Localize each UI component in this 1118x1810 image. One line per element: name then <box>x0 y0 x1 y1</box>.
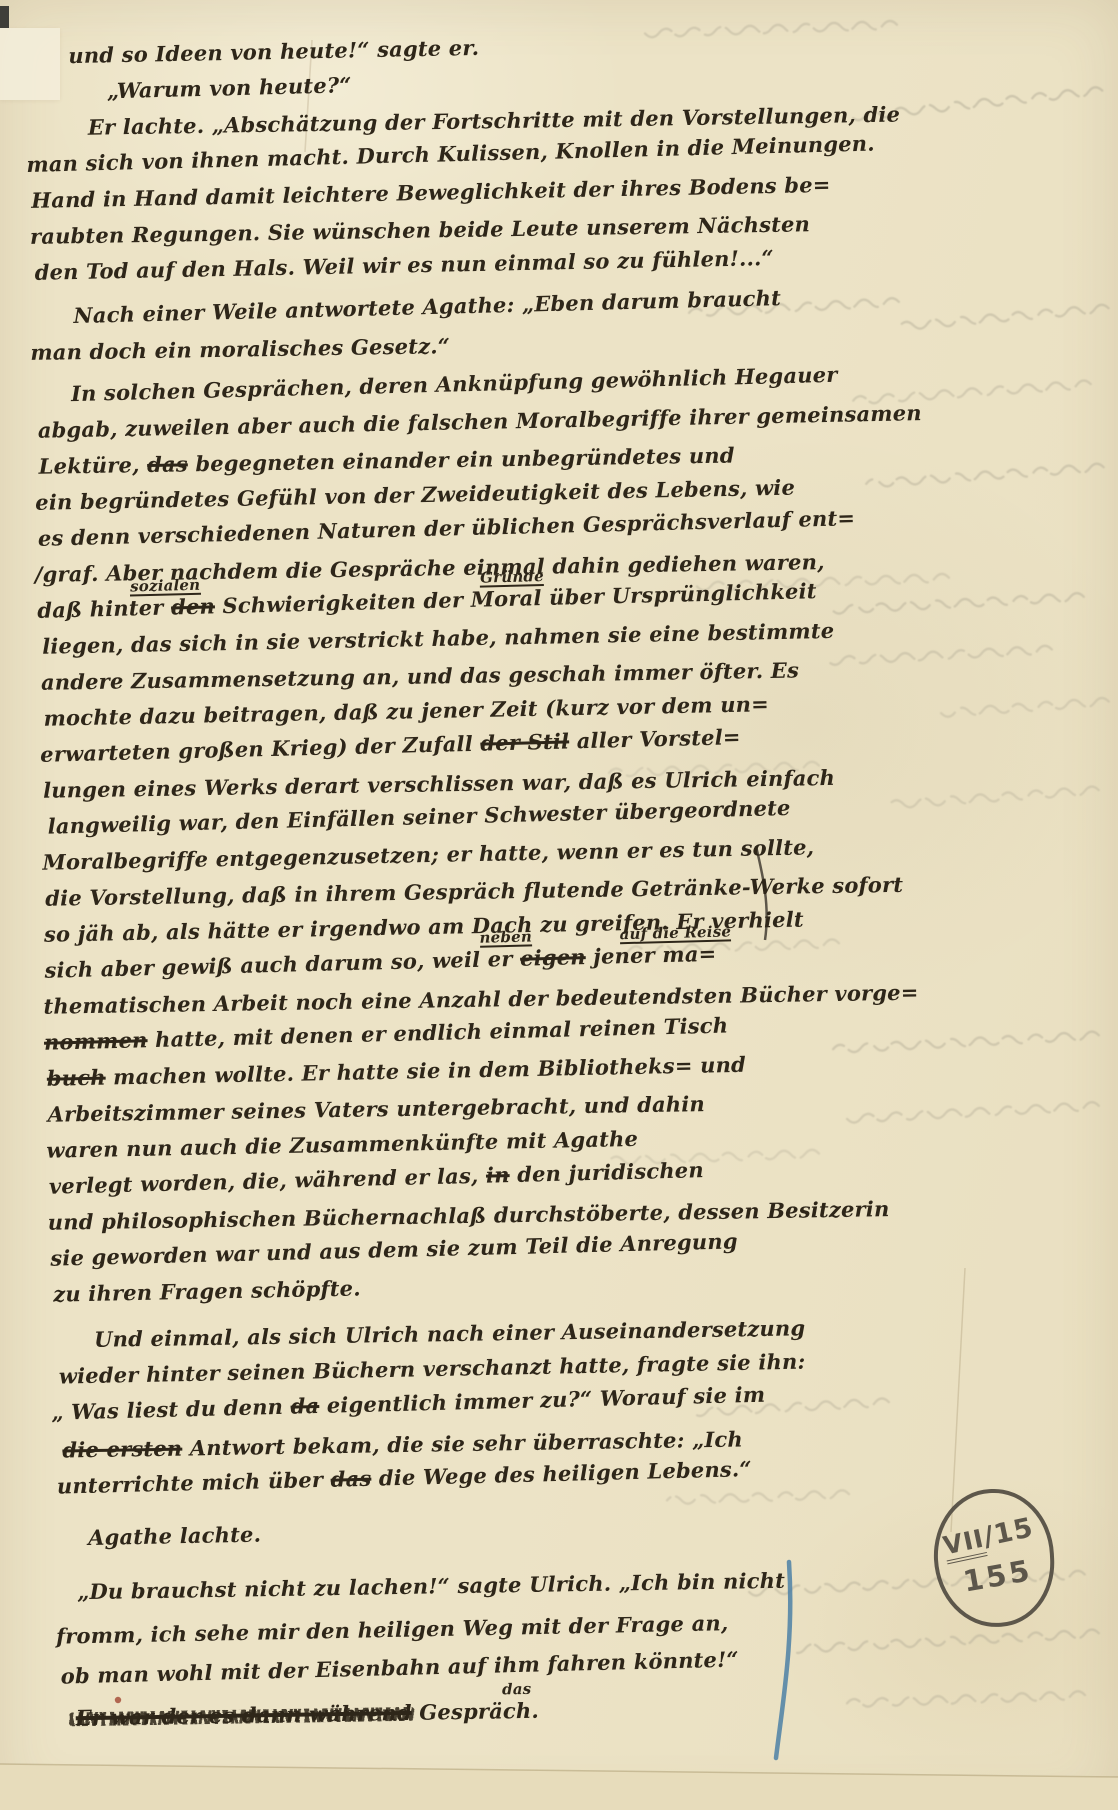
handwriting-text: „Du brauchst nicht zu lachen!“ sagte Ulr… <box>77 1568 785 1604</box>
struck-out-word: da <box>290 1393 319 1419</box>
handwriting-text: unterrichte mich über <box>57 1467 331 1499</box>
handwriting-text: „Warum von heute?“ <box>107 72 352 103</box>
struck-out-word: das <box>147 451 188 477</box>
interlinear-insertion: auf die Reise <box>619 924 731 944</box>
stamp-roman-numeral: VII <box>941 1524 988 1565</box>
handwriting-text: jener ma= <box>585 941 716 969</box>
scribbled-out-text: Er war der es dann während <box>76 1700 412 1730</box>
handwriting-line: „Du brauchst nicht zu lachen!“ sagte Ulr… <box>77 1563 835 1611</box>
scan-edge-speck <box>0 6 9 28</box>
interlinear-insertion: neben <box>479 929 532 947</box>
struck-out-word: das <box>330 1466 371 1492</box>
handwriting-text: begegneten einander ein unbegründetes un… <box>188 442 735 476</box>
struck-out-word: die ersten <box>62 1436 182 1463</box>
handwriting-text: Arbeitszimmer seines Vaters untergebrach… <box>47 1091 705 1127</box>
handwriting-text: den juridischen <box>509 1157 704 1187</box>
struck-out-word: den <box>171 593 216 619</box>
handwriting-text: fromm, ich sehe mir den heiligen Weg mit… <box>56 1610 729 1648</box>
struck-out-word: der Stil <box>480 728 569 755</box>
struck-out-word: nommen <box>44 1027 148 1055</box>
handwriting-text: Gespräch. <box>412 1698 540 1725</box>
handwriting-text: man doch ein moralisches Gesetz.“ <box>30 333 450 365</box>
handwriting-text: Lektüre, <box>38 452 147 479</box>
handwriting-text: daß hinter <box>37 594 171 622</box>
handwriting-text: sich aber gewiß auch darum so, weil er <box>44 946 520 983</box>
manuscript-page: und so Ideen von heute!“ sagte er.„Warum… <box>0 0 1118 1810</box>
handwriting-text: verlegt worden, die, während er las, <box>49 1163 487 1199</box>
struck-out-word: buch <box>47 1065 106 1091</box>
struck-out-word: eigen <box>520 944 586 971</box>
handwriting-text: zu ihren Fragen schöpfte. <box>53 1275 361 1306</box>
handwriting-line: Agathe lachte. <box>88 1506 835 1557</box>
handwriting-text: aller Vorstel= <box>569 724 741 753</box>
handwriting-text: „ Was liest du denn <box>51 1394 291 1425</box>
manuscript-text: und so Ideen von heute!“ sagte er.„Warum… <box>24 24 838 1737</box>
handwriting-text: die Wege des heiligen Lebens.“ <box>371 1456 752 1491</box>
interlinear-insertion: das <box>502 1682 531 1696</box>
struck-out-word: in <box>486 1162 510 1188</box>
handwriting-text: Agathe lachte. <box>88 1522 262 1550</box>
handwriting-text: eigentlich immer zu?“ Worauf sie im <box>319 1382 766 1418</box>
crease-line-bottom <box>951 1268 965 1532</box>
handwriting-text: erwarteten großen Krieg) der Zufall <box>40 731 481 767</box>
handwriting-text: Nach einer Weile antwortete Agathe: „Ebe… <box>73 285 781 328</box>
interlinear-insertion: Gründe <box>480 569 544 588</box>
handwriting-text: und so Ideen von heute!“ sagte er. <box>68 35 479 68</box>
interlinear-insertion: sozialen <box>130 578 201 597</box>
stamp-folder-number: /15 <box>980 1512 1036 1553</box>
stamp-page-number: 155 <box>961 1553 1035 1599</box>
